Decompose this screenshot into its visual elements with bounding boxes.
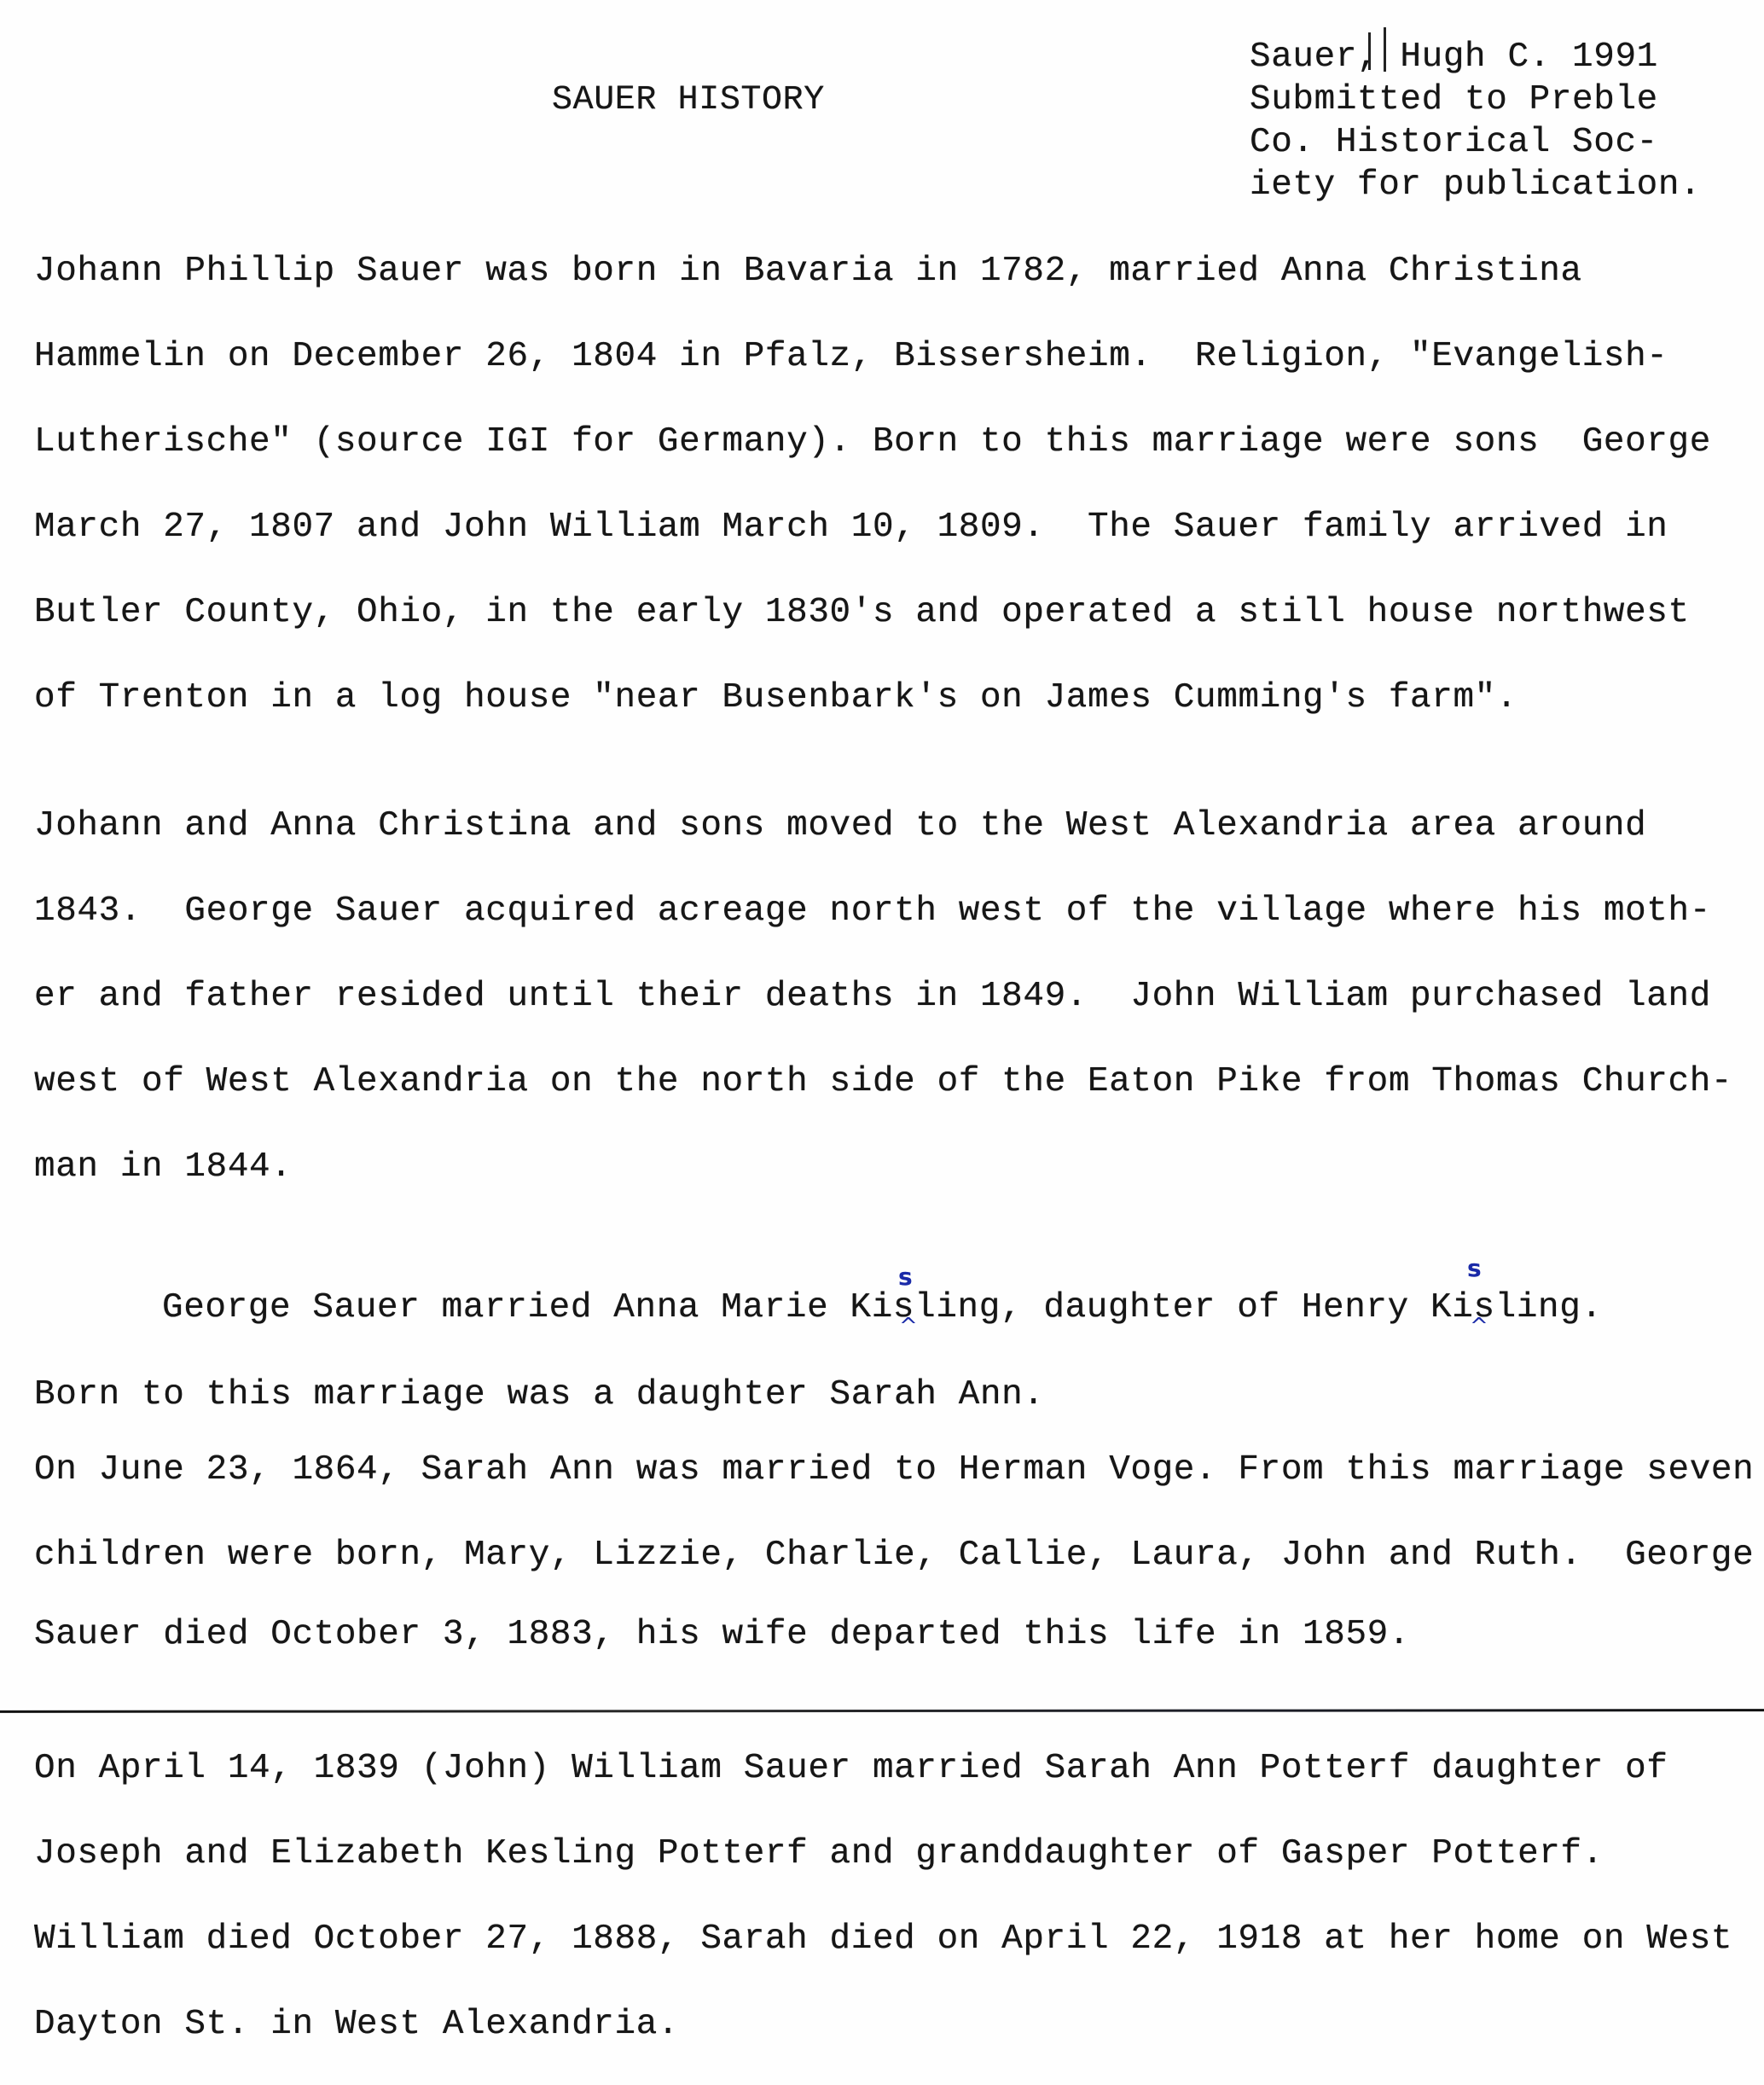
text-line: On April 14, 1839 (John) William Sauer m… <box>34 1749 1668 1788</box>
text-line: Johann Phillip Sauer was born in Bavaria… <box>34 252 1582 291</box>
text-line: children were born, Mary, Lizzie, Charli… <box>34 1536 1754 1575</box>
text-line: Butler County, Ohio, in the early 1830's… <box>34 593 1690 632</box>
text-line: man in 1844. <box>34 1147 292 1187</box>
document-page: SAUER HISTORY Sauer, Hugh C. 1991 Submit… <box>0 0 1764 2085</box>
text-line: William died October 27, 1888, Sarah die… <box>34 1919 1732 1959</box>
text-line: Johann and Anna Christina and sons moved… <box>34 806 1646 845</box>
text-line: 1843. George Sauer acquired acreage nort… <box>34 891 1711 931</box>
text-line: er and father resided until their deaths… <box>34 977 1711 1016</box>
handwritten-correction-mark: s <box>898 1263 913 1291</box>
insertion-caret-icon: ^ <box>1470 1314 1488 1339</box>
text-line: of Trenton in a log house "near Busenbar… <box>34 678 1517 717</box>
text-line: On June 23, 1864, Sarah Ann was married … <box>34 1450 1754 1490</box>
header-note-line: iety for publication. <box>1250 164 1701 206</box>
document-title: SAUER HISTORY <box>552 81 825 119</box>
text-line: Born to this marriage was a daughter Sar… <box>34 1375 1045 1414</box>
text-line: west of West Alexandria on the north sid… <box>34 1062 1732 1101</box>
header-note-line: Submitted to Preble <box>1250 78 1701 121</box>
text-line: Joseph and Elizabeth Kesling Potterf and… <box>34 1834 1604 1873</box>
text-line: Lutherische" (source IGI for Germany). B… <box>34 422 1711 462</box>
text-line: George Sauer married Anna Marie Kisling,… <box>162 1288 1603 1327</box>
section-divider <box>0 1709 1764 1713</box>
pen-strike-mark <box>1384 27 1386 72</box>
text-line: Dayton St. in West Alexandria. <box>34 2005 679 2044</box>
insertion-caret-icon: ^ <box>899 1314 918 1339</box>
pen-strike-mark <box>1368 32 1371 70</box>
text-line: Hammelin on December 26, 1804 in Pfalz, … <box>34 337 1668 376</box>
header-note: Sauer, Hugh C. 1991 Submitted to Preble … <box>1250 36 1701 206</box>
text-line: Sauer died October 3, 1883, his wife dep… <box>34 1615 1410 1654</box>
text-line: March 27, 1807 and John William March 10… <box>34 508 1668 547</box>
header-note-line: Co. Historical Soc- <box>1250 121 1701 164</box>
handwritten-correction-mark: s <box>1467 1254 1482 1282</box>
header-note-line: Sauer, Hugh C. 1991 <box>1250 36 1701 78</box>
